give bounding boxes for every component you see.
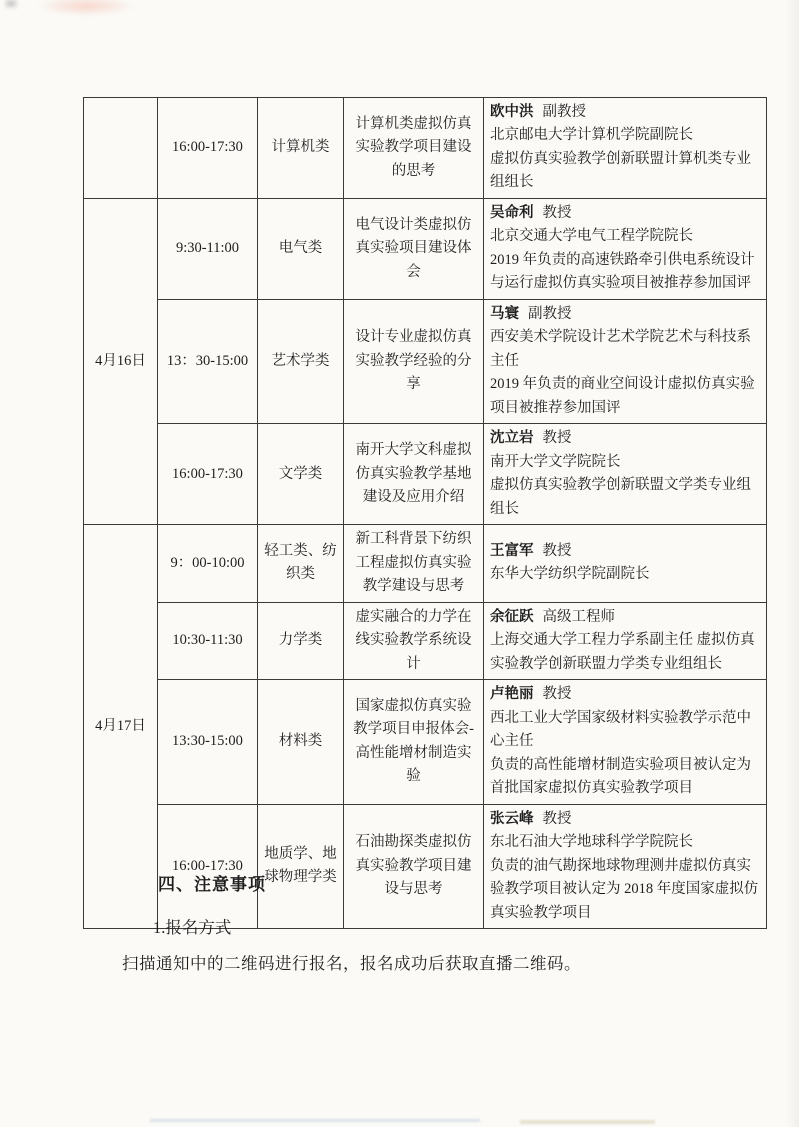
schedule-table: 16:00-17:30计算机类计算机类虚拟仿真实验教学项目建设的思考欧中洪副教授… [83,97,767,929]
speaker-name: 马寰 [490,306,519,322]
speaker-detail-line: 虚拟仿真实验教学创新联盟文学类专业组组长 [490,474,760,521]
speaker-name: 张云峰 [490,811,534,827]
scan-artifact-smear [520,1120,655,1124]
speaker-name: 吴命利 [490,205,534,221]
schedule-table-body: 16:00-17:30计算机类计算机类虚拟仿真实验教学项目建设的思考欧中洪副教授… [84,98,767,929]
time-cell: 13:30-15:00 [158,680,258,804]
topic-cell: 电气设计类虚拟仿真实验项目建设体会 [344,198,484,299]
note-item-registration: 1.报名方式 [153,914,231,938]
speaker-name: 卢艳丽 [490,686,534,702]
table-row: 4月17日9：00-10:00轻工类、纺织类新工科背景下纺织工程虚拟仿真实验教学… [84,525,767,602]
speaker-detail-line: 上海交通大学工程力学系副主任 虚拟仿真实验教学创新联盟力学类专业组组长 [490,629,760,676]
scan-smudge-dot [6,0,16,7]
table-row: 16:00-17:30地质学、地球物理学类石油勘探类虚拟仿真实验教学项目建设与思… [84,804,767,928]
speaker-title: 副教授 [528,306,572,322]
table-row: 10:30-11:30力学类虚实融合的力学在线实验教学系统设计余征跃高级工程师上… [84,602,767,679]
topic-cell: 石油勘探类虚拟仿真实验教学项目建设与思考 [344,804,484,928]
scan-edge-shadow [785,0,799,1127]
topic-cell: 虚实融合的力学在线实验教学系统设计 [344,602,484,679]
speaker-name-line: 欧中洪副教授 [490,101,760,124]
time-cell: 13：30-15:00 [158,299,258,423]
speaker-detail-line: 2019 年负责的商业空间设计虚拟仿真实验项目被推荐参加国评 [490,373,760,420]
date-cell [84,98,158,199]
speaker-title: 教授 [543,205,572,221]
speaker-title: 副教授 [543,104,587,120]
speaker-cell: 欧中洪副教授北京邮电大学计算机学院副院长虚拟仿真实验教学创新联盟计算机类专业组组… [484,98,767,199]
category-cell: 地质学、地球物理学类 [258,804,344,928]
table-row: 16:00-17:30计算机类计算机类虚拟仿真实验教学项目建设的思考欧中洪副教授… [84,98,767,199]
speaker-cell: 张云峰教授东北石油大学地球科学学院院长负责的油气勘探地球物理测井虚拟仿真实验教学… [484,804,767,928]
speaker-detail-line: 北京交通大学电气工程学院院长 [490,225,760,248]
speaker-name-line: 马寰副教授 [490,303,760,326]
time-cell: 10:30-11:30 [158,602,258,679]
time-cell: 16:00-17:30 [158,424,258,525]
speaker-cell: 卢艳丽教授西北工业大学国家级材料实验教学示范中心主任负责的高性能增材制造实验项目… [484,680,767,804]
scanned-document-page: 16:00-17:30计算机类计算机类虚拟仿真实验教学项目建设的思考欧中洪副教授… [0,0,799,1127]
topic-cell: 设计专业虚拟仿真实验教学经验的分享 [344,299,484,423]
category-cell: 艺术学类 [258,299,344,423]
speaker-detail-line: 西北工业大学国家级材料实验教学示范中心主任 [490,707,760,754]
scan-artifact-line [150,1119,480,1122]
table-row: 13:30-15:00材料类国家虚拟仿真实验教学项目申报体会-高性能增材制造实验… [84,680,767,804]
category-cell: 力学类 [258,602,344,679]
speaker-cell: 余征跃高级工程师上海交通大学工程力学系副主任 虚拟仿真实验教学创新联盟力学类专业… [484,602,767,679]
speaker-name-line: 沈立岩教授 [490,427,760,450]
speaker-name-line: 卢艳丽教授 [490,683,760,706]
speaker-detail-line: 虚拟仿真实验教学创新联盟计算机类专业组组长 [490,148,760,195]
date-cell: 4月17日 [84,525,158,929]
speaker-detail-line: 东北石油大学地球科学学院院长 [490,831,760,854]
topic-cell: 计算机类虚拟仿真实验教学项目建设的思考 [344,98,484,199]
speaker-name: 余征跃 [490,609,534,625]
category-cell: 电气类 [258,198,344,299]
speaker-cell: 沈立岩教授南开大学文学院院长虚拟仿真实验教学创新联盟文学类专业组组长 [484,424,767,525]
topic-cell: 新工科背景下纺织工程虚拟仿真实验教学建设与思考 [344,525,484,602]
category-cell: 材料类 [258,680,344,804]
time-cell: 9:30-11:00 [158,198,258,299]
time-cell: 9：00-10:00 [158,525,258,602]
category-cell: 文学类 [258,424,344,525]
speaker-detail-line: 南开大学文学院院长 [490,451,760,474]
scan-smudge-pink [36,0,136,16]
speaker-title: 教授 [543,430,572,446]
speaker-name-line: 余征跃高级工程师 [490,606,760,629]
speaker-name-line: 王富军教授 [490,540,760,563]
time-cell: 16:00-17:30 [158,98,258,199]
speaker-cell: 马寰副教授西安美术学院设计艺术学院艺术与科技系主任2019 年负责的商业空间设计… [484,299,767,423]
speaker-detail-line: 西安美术学院设计艺术学院艺术与科技系主任 [490,326,760,373]
section-heading-notes: 四、注意事项 [158,870,266,895]
table-row: 16:00-17:30文学类南开大学文科虚拟仿真实验教学基地建设及应用介绍沈立岩… [84,424,767,525]
category-cell: 轻工类、纺织类 [258,525,344,602]
speaker-title: 高级工程师 [543,609,616,625]
speaker-title: 教授 [543,543,572,559]
time-cell: 16:00-17:30 [158,804,258,928]
table-row: 13：30-15:00艺术学类设计专业虚拟仿真实验教学经验的分享马寰副教授西安美… [84,299,767,423]
note-paragraph-registration: 扫描通知中的二维码进行报名，报名成功后获取直播二维码。 [122,950,581,974]
speaker-detail-line: 负责的油气勘探地球物理测井虚拟仿真实验教学项目被认定为 2018 年度国家虚拟仿… [490,855,760,925]
speaker-cell: 王富军教授东华大学纺织学院副院长 [484,525,767,602]
speaker-detail-line: 东华大学纺织学院副院长 [490,563,760,586]
speaker-detail-line: 2019 年负责的高速铁路牵引供电系统设计与运行虚拟仿真实验项目被推荐参加国评 [490,249,760,296]
speaker-name: 欧中洪 [490,104,534,120]
speaker-name: 王富军 [490,543,534,559]
speaker-detail-line: 负责的高性能增材制造实验项目被认定为首批国家虚拟仿真实验教学项目 [490,754,760,801]
category-cell: 计算机类 [258,98,344,199]
speaker-title: 教授 [543,811,572,827]
topic-cell: 国家虚拟仿真实验教学项目申报体会-高性能增材制造实验 [344,680,484,804]
speaker-name-line: 吴命利教授 [490,202,760,225]
topic-cell: 南开大学文科虚拟仿真实验教学基地建设及应用介绍 [344,424,484,525]
date-cell: 4月16日 [84,198,158,524]
speaker-name: 沈立岩 [490,430,534,446]
speaker-name-line: 张云峰教授 [490,808,760,831]
speaker-detail-line: 北京邮电大学计算机学院副院长 [490,124,760,147]
speaker-cell: 吴命利教授北京交通大学电气工程学院院长2019 年负责的高速铁路牵引供电系统设计… [484,198,767,299]
speaker-title: 教授 [543,686,572,702]
table-row: 4月16日9:30-11:00电气类电气设计类虚拟仿真实验项目建设体会吴命利教授… [84,198,767,299]
